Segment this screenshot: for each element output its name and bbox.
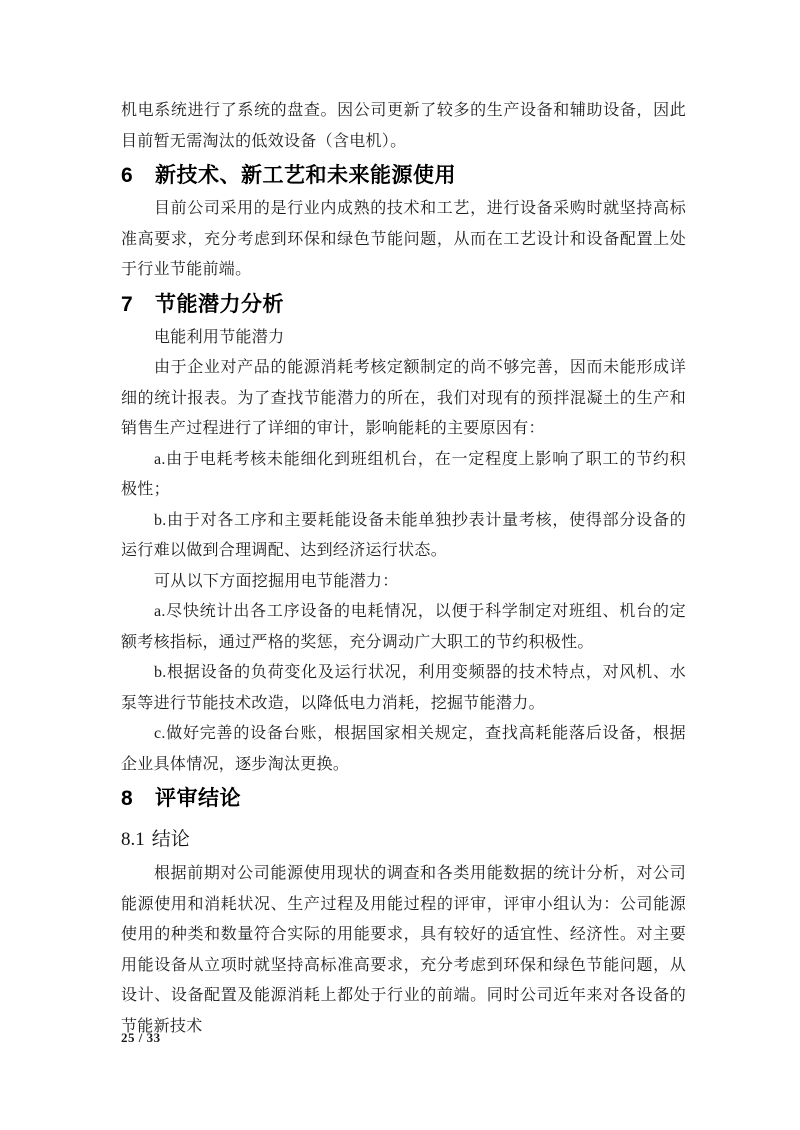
body-paragraph: 根据前期对公司能源使用现状的调查和各类用能数据的统计分析，对公司能源使用和消耗状… <box>121 859 686 1042</box>
body-paragraph-list-c: c.做好完善的设备台账，根据国家相关规定，查找高耗能落后设备，根据企业具体情况，… <box>121 719 686 780</box>
body-paragraph-list-a: a.尽快统计出各工序设备的电耗情况，以便于科学制定对班组、机台的定额考核指标，通… <box>121 597 686 658</box>
subsection-title: 结论 <box>152 829 190 850</box>
section-heading-8: 8评审结论 <box>121 781 686 817</box>
body-paragraph: 目前公司采用的是行业内成熟的技术和工艺，进行设备采购时就坚持高标准高要求，充分考… <box>121 194 686 286</box>
section-number: 6 <box>121 158 155 194</box>
subsection-heading-8-1: 8.1结论 <box>121 823 686 857</box>
body-paragraph-list-a: a.由于电耗考核未能细化到班组机台，在一定程度上影响了职工的节约积极性； <box>121 445 686 506</box>
section-heading-7: 7节能潜力分析 <box>121 287 686 323</box>
body-paragraph: 由于企业对产品的能源消耗考核定额制定的尚不够完善，因而未能形成详细的统计报表。为… <box>121 353 686 445</box>
section-number: 8 <box>121 781 155 817</box>
body-paragraph-list-b: b.根据设备的负荷变化及运行状况，利用变频器的技术特点，对风机、水泵等进行节能技… <box>121 658 686 719</box>
section-title: 评审结论 <box>155 787 241 810</box>
page-number: 25 / 33 <box>121 1030 161 1046</box>
body-paragraph: 可从以下方面挖掘用电节能潜力： <box>121 567 686 598</box>
body-paragraph: 电能利用节能潜力 <box>121 323 686 354</box>
document-page: 机电系统进行了系统的盘查。因公司更新了较多的生产设备和辅助设备，因此目前暂无需淘… <box>0 0 800 1130</box>
section-heading-6: 6新技术、新工艺和未来能源使用 <box>121 158 686 194</box>
section-title: 节能潜力分析 <box>155 293 284 316</box>
section-number: 7 <box>121 287 155 323</box>
body-paragraph-list-b: b.由于对各工序和主要耗能设备未能单独抄表计量考核，使得部分设备的运行难以做到合… <box>121 506 686 567</box>
body-paragraph: 机电系统进行了系统的盘查。因公司更新了较多的生产设备和辅助设备，因此目前暂无需淘… <box>121 96 686 157</box>
subsection-number: 8.1 <box>121 823 145 857</box>
section-title: 新技术、新工艺和未来能源使用 <box>155 164 456 187</box>
